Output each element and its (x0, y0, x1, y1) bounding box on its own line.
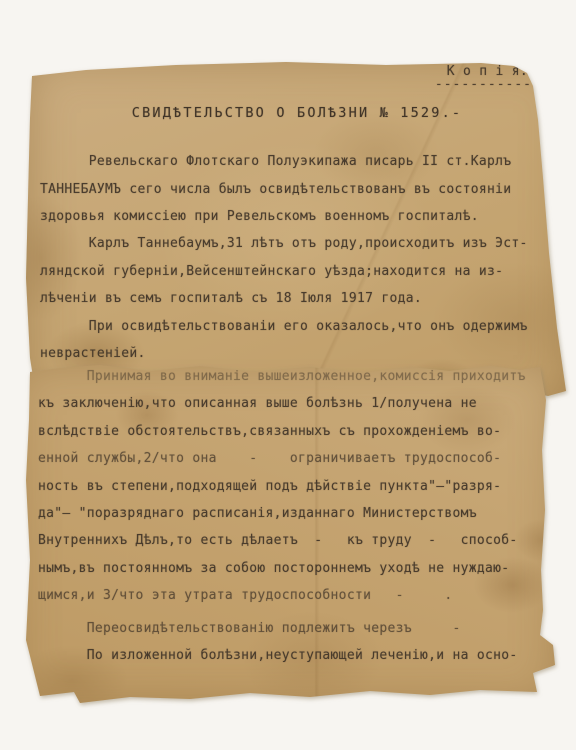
typewritten-line: щимся,и 3/что эта утрата трудоспособност… (38, 582, 558, 609)
typewritten-line: Внутреннихъ Дѣлъ,то есть дѣлаетъ - къ тр… (38, 527, 558, 554)
typewritten-line: ность въ степени,подходящей подъ дѣйстві… (38, 473, 558, 500)
typewritten-line: Ревельскаго Флотскаго Полуэкипажа писарь… (40, 148, 568, 175)
typewritten-line: енной службы,2/что она - ограничиваетъ т… (38, 445, 558, 472)
copy-label-dashed-underline: ----------- (26, 71, 568, 98)
paper-fragment-bottom: Принимая во вниманіе вышеизложенное,коми… (12, 360, 558, 706)
typewritten-line: По изложенной болѣзни,неуступающей лечен… (38, 642, 558, 669)
typewritten-line: лѣченіи въ семъ госпиталѣ съ 18 Іюля 191… (40, 285, 568, 312)
scanned-document-canvas: К о п і я. ----------- СВИДѢТЕЛЬСТВО О Б… (0, 0, 576, 750)
typewritten-line-torn: Принимая во вниманіе вышеизложенное,коми… (38, 363, 558, 390)
typewritten-line: Переосвидѣтельствованію подлежитъ черезъ… (38, 615, 558, 642)
paper-fragment-top: К о п і я. ----------- СВИДѢТЕЛЬСТВО О Б… (26, 14, 568, 366)
typewritten-line: вслѣдствіе обстоятельствъ,связанныхъ съ … (38, 418, 558, 445)
typewritten-line: При освидѣтельствованіи его оказалось,чт… (40, 313, 568, 340)
typewritten-line: Карлъ Таннебаумъ,31 лѣтъ отъ роду,происх… (40, 230, 568, 257)
typewritten-line: ТАННЕБАУМЪ сего числа былъ освидѣтельств… (40, 176, 568, 203)
paper-fragment-top-surface: К о п і я. ----------- СВИДѢТЕЛЬСТВО О Б… (26, 58, 568, 410)
typewritten-line: ляндской губерніи,Вейсенштейнскаго уѣзда… (40, 258, 568, 285)
paper-fragment-bottom-surface: Принимая во вниманіе вышеизложенное,коми… (12, 360, 558, 706)
typewritten-line: да"— "поразряднаго расписанія,изданнаго … (38, 500, 558, 527)
typewritten-line: здоровья комиссіею при Ревельскомъ военн… (40, 203, 568, 230)
typewritten-line: нымъ,въ постоянномъ за собою постороннем… (38, 555, 558, 582)
document-title: СВИДѢТЕЛЬСТВО О БОЛѢЗНИ № 1529.- (26, 100, 568, 127)
typewritten-line: къ заключенію,что описанная выше болѣзнь… (38, 390, 558, 417)
bottom-fragment-text: Принимая во вниманіе вышеизложенное,коми… (12, 360, 558, 669)
top-fragment-text: Ревельскаго Флотскаго Полуэкипажа писарь… (26, 148, 568, 367)
